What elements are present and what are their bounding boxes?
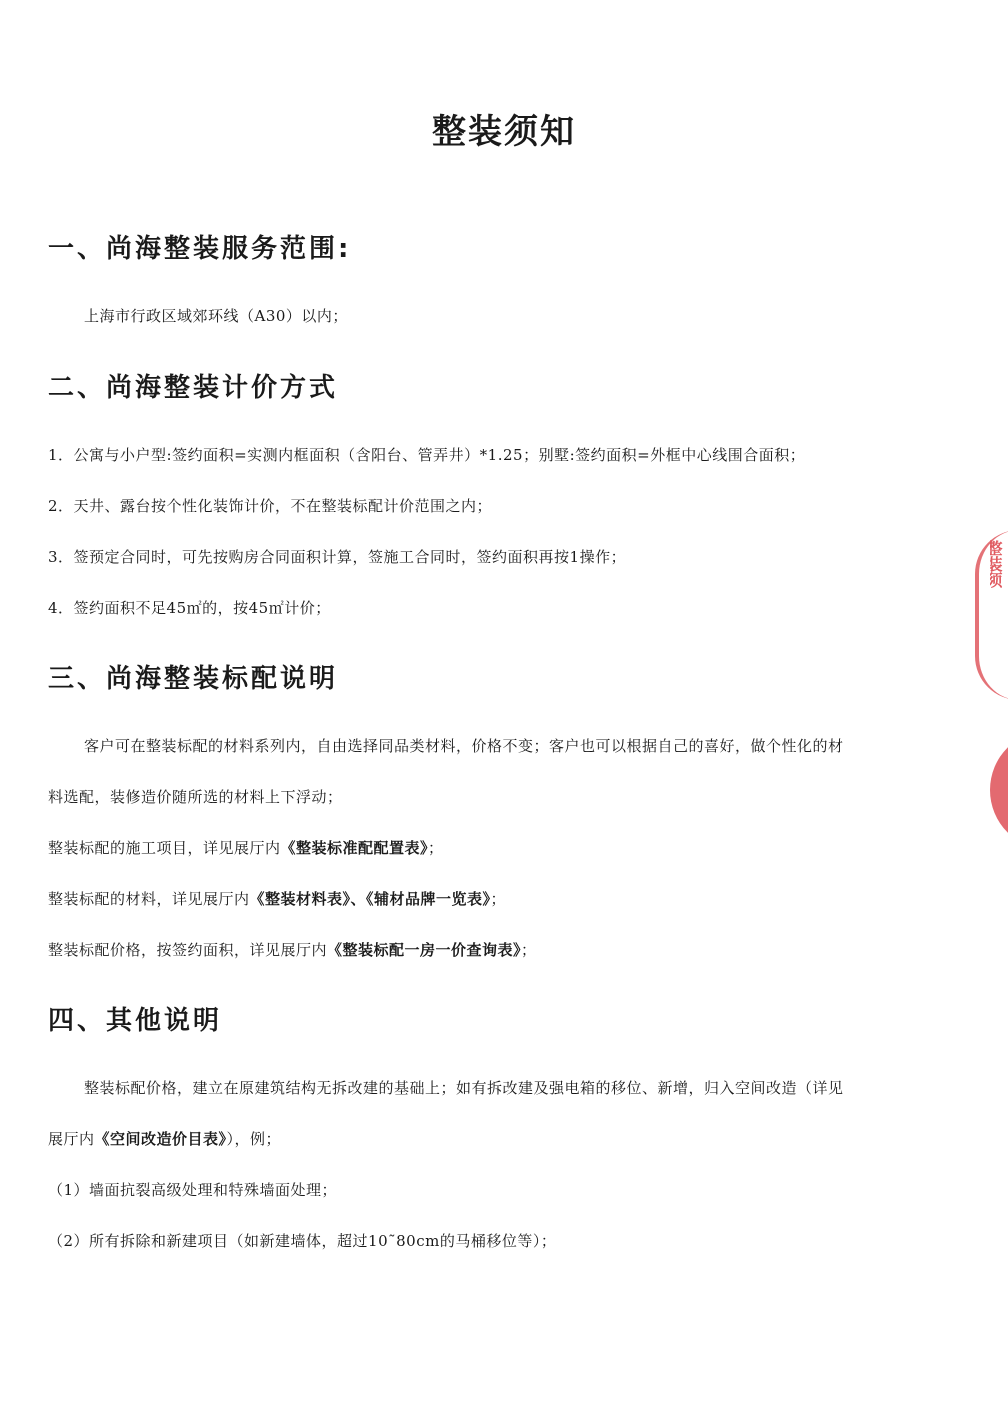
ref-space-renovation-table: 《空间改造价目表》 <box>95 1130 227 1148</box>
other-item-1: （1）墙面抗裂高级处理和特殊墙面处理； <box>48 1179 337 1200</box>
ref-construction-table: 《整装标准配配置表》 <box>281 839 429 857</box>
other-para-line2: 展厅内《空间改造价目表》），例； <box>48 1128 281 1149</box>
pricing-item-2: 2．天井、露台按个性化装饰计价，不在整装标配计价范围之内； <box>48 495 492 516</box>
ref-price-table: 《整装标配一房一价查询表》 <box>327 941 521 959</box>
other-para-line1: 整装标配价格，建立在原建筑结构无拆改建的基础上；如有拆改建及强电箱的移位、新增，… <box>84 1077 844 1098</box>
pricing-item-4: 4．签约面积不足45㎡的，按45㎡计价； <box>48 597 331 618</box>
other-item-2: （2）所有拆除和新建项目（如新建墙体，超过10˜80cm的马桶移位等）； <box>48 1230 556 1251</box>
section-heading-other: 四、其他说明 <box>48 1000 222 1037</box>
section-heading-pricing: 二、尚海整装计价方式 <box>48 367 338 404</box>
standard-para-line2: 料选配，装修造价随所选的材料上下浮动； <box>48 786 343 807</box>
service-area-text: 上海市行政区域郊环线（A30）以内； <box>84 305 348 326</box>
standard-ref-construction: 整装标配的施工项目，详见展厅内《整装标准配配置表》； <box>48 837 444 858</box>
ref-materials-table: 《整装材料表》、《辅材品牌一览表》 <box>250 890 491 908</box>
section-heading-service-area: 一、尚海整装服务范围: <box>48 228 351 265</box>
section-heading-standard: 三、尚海整装标配说明 <box>48 658 338 695</box>
standard-ref-materials: 整装标配的材料，详见展厅内《整装材料表》、《辅材品牌一览表》； <box>48 888 506 909</box>
pricing-item-1: 1．公寓与小户型:签约面积=实测内框面积（含阳台、管弄井）*1.25；别墅:签约… <box>48 444 805 465</box>
document-page: 整装须知 一、尚海整装服务范围: 上海市行政区域郊环线（A30）以内； 二、尚海… <box>0 0 1008 1428</box>
page-title: 整装须知 <box>0 104 1008 153</box>
standard-ref-price: 整装标配价格，按签约面积，详见展厅内《整装标配一房一价查询表》； <box>48 939 537 960</box>
standard-para-line1: 客户可在整装标配的材料系列内，自由选择同品类材料，价格不变；客户也可以根据自己的… <box>84 735 844 756</box>
seal-stamp-text: 整装须 <box>990 540 1008 690</box>
seal-stamp-fill <box>990 730 1008 850</box>
pricing-item-3: 3．签预定合同时，可先按购房合同面积计算，签施工合同时，签约面积再按1操作； <box>48 546 626 567</box>
